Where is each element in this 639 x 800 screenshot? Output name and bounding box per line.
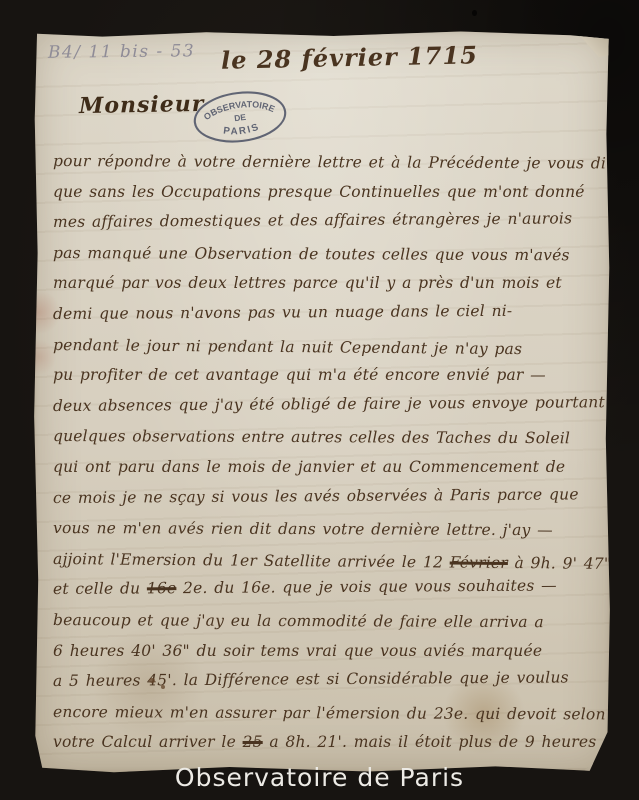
letter-line: vous ne m'en avés rien dit dans votre de… <box>53 519 601 552</box>
letter-line: mes affaires domestiques et des affaires… <box>53 209 601 243</box>
letter-text-segment: 2e. du 16e. que je vois que vous souhait… <box>176 577 557 598</box>
letter-text-segment: a 5 heures 45'. la Différence est si Con… <box>53 668 569 690</box>
ink-blot <box>149 678 155 683</box>
letter-text-segment: marqué par vos deux lettres parce qu'il … <box>53 274 562 292</box>
archive-shelfmark: B4/ 11 bis - 53 <box>48 41 195 63</box>
letter-text-segment: ajjoint l'Emersion du 1er Satellite arri… <box>53 550 450 571</box>
letter-body: pour répondre à votre dernière lettre et… <box>53 152 601 764</box>
letter-line: votre Calcul arriver le 25 a 8h. 21'. ma… <box>53 733 601 764</box>
letter-text-segment: encore mieux m'en assurer par l'émersion… <box>53 703 606 723</box>
letter-text-segment: mes affaires domestiques et des affaires… <box>53 210 572 232</box>
letter-text-segment: 6 heures 40' 36" du soir tems vrai que v… <box>53 642 542 660</box>
letter-line: et celle du 16e 2e. du 16e. que je vois … <box>53 576 601 610</box>
photo-caption: Observatoire de Paris <box>0 763 639 792</box>
letter-text-segment: demi que nous n'avons pas vu un nuage da… <box>53 302 513 323</box>
observatoire-de-paris-stamp-icon: OBSERVATOIRE DE PARIS <box>188 82 292 152</box>
letter-text-segment: pas manqué une Observation de toutes cel… <box>53 244 570 264</box>
svg-text:PARIS: PARIS <box>221 121 262 139</box>
letter-line: qui ont paru dans le mois de janvier et … <box>53 458 601 489</box>
dust-speck <box>472 10 477 16</box>
stamp-text-middle: DE <box>234 112 247 123</box>
letter-line: 6 heures 40' 36" du soir tems vrai que v… <box>53 642 601 673</box>
ink-blot <box>161 685 165 689</box>
letter-line: marqué par vos deux lettres parce qu'il … <box>53 274 601 305</box>
letter-line: beaucoup et que j'ay eu la commodité de … <box>53 611 601 644</box>
letter-date: le 28 février 1715 <box>221 40 478 74</box>
letter-line: pu profiter de cet avantage qui m'a été … <box>53 366 601 397</box>
letter-line: pas manqué une Observation de toutes cel… <box>53 244 601 277</box>
letter-salutation: Monsieur <box>79 91 205 119</box>
letter-line: pour répondre à votre dernière lettre et… <box>53 152 601 185</box>
manuscript-letter-page: B4/ 11 bis - 53 le 28 février 1715 Monsi… <box>33 30 611 773</box>
letter-line: deux absences que j'ay été obligé de fai… <box>53 393 601 427</box>
letter-text-segment: 16e <box>147 579 177 597</box>
letter-text-segment: qui ont paru dans le mois de janvier et … <box>53 458 565 476</box>
letter-text-segment: deux absences que j'ay été obligé de fai… <box>53 393 605 415</box>
folded-corner-top-right <box>571 30 611 57</box>
letter-text-segment: et celle du <box>53 580 147 599</box>
letter-text-segment: à 9h. 9' 47" <box>508 554 611 573</box>
stamp-text-bottom: PARIS <box>221 121 262 139</box>
letter-line: encore mieux m'en assurer par l'émersion… <box>53 703 601 736</box>
letter-text-segment: vous ne m'en avés rien dit dans votre de… <box>53 519 553 539</box>
letter-line: a 5 heures 45'. la Différence est si Con… <box>53 668 601 702</box>
letter-line: pendant le jour ni pendant la nuit Cepen… <box>53 336 601 371</box>
letter-text-segment: 25 <box>243 733 263 751</box>
letter-line: ce mois je ne sçay si vous les avés obse… <box>53 485 601 519</box>
letter-line: que sans les Occupations presque Continu… <box>53 183 601 214</box>
letter-text-segment: Février <box>450 553 508 572</box>
letter-text-segment: que sans les Occupations presque Continu… <box>53 183 585 201</box>
letter-text-segment: pour répondre à votre dernière lettre et… <box>53 152 611 173</box>
letter-line: quelques observations entre autres celle… <box>53 427 601 460</box>
letter-text-segment: votre Calcul arriver le <box>53 733 243 751</box>
photo-frame: B4/ 11 bis - 53 le 28 février 1715 Monsi… <box>0 0 639 800</box>
letter-text-segment: quelques observations entre autres celle… <box>53 427 570 447</box>
letter-text-segment: beaucoup et que j'ay eu la commodité de … <box>53 611 544 631</box>
letter-line: demi que nous n'avons pas vu un nuage da… <box>53 301 601 335</box>
letter-text-segment: pendant le jour ni pendant la nuit Cepen… <box>53 336 522 358</box>
letter-text-segment: ce mois je ne sçay si vous les avés obse… <box>53 485 579 507</box>
letter-text-segment: a 8h. 21'. mais il étoit plus de 9 heure… <box>263 733 597 751</box>
